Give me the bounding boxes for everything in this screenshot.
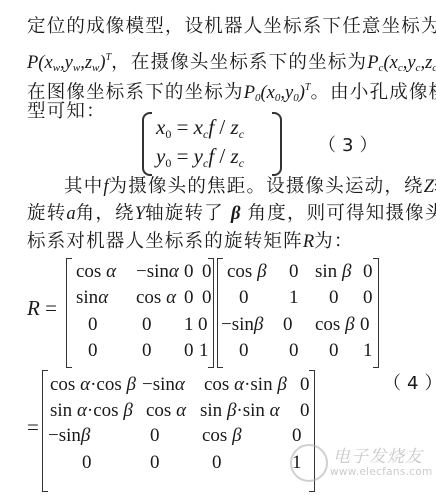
- matrix-cell: 0: [184, 340, 194, 362]
- text-line-2: P(xw,yw,zw)T，在摄像头坐标系下的坐标为Pc(xc,yc,zc)T，: [27, 47, 436, 79]
- watermark-logo-icon: [290, 444, 328, 482]
- matrix-cell: 0: [198, 314, 208, 336]
- right-brace: [272, 112, 282, 176]
- text-line-4: 型可知：: [27, 101, 106, 123]
- equation-3-row-1: x0 = xcf / zc: [156, 115, 244, 142]
- equation-3-number: （3）: [318, 131, 383, 157]
- matrix-cell: −sinα: [136, 261, 179, 283]
- matrix-cell: sinα: [76, 287, 108, 309]
- matrix-cell: 0: [239, 287, 249, 309]
- matrix-cell: cos α: [146, 400, 186, 422]
- text-line-1: 定位的成像模型，设机器人坐标系下任意坐标为: [27, 16, 436, 38]
- matrix-cell: 0: [184, 287, 194, 309]
- matrix-cell: 0: [363, 261, 373, 283]
- matrix-cell: 0: [360, 314, 370, 336]
- matrix-cell: 0: [184, 261, 194, 283]
- text-segment: 旋转: [27, 203, 66, 224]
- math-beta: β: [231, 204, 240, 224]
- watermark-url: www.elecfans.com: [330, 466, 433, 478]
- matrix-cell: 1: [184, 314, 194, 336]
- matrix-cell: 0: [329, 287, 339, 309]
- matrix-cell: cos β: [202, 425, 242, 447]
- equation-4-equals: =: [27, 415, 39, 440]
- matrix-cell: 0: [289, 340, 299, 362]
- matrix-cell: 0: [150, 452, 160, 474]
- matrix-product: cos α·cos β −sinα cos α·sin β 0 sin α·co…: [42, 370, 315, 492]
- left-brace: [142, 112, 152, 176]
- watermark-title: 电子发烧友: [333, 442, 423, 467]
- math-r: R: [303, 232, 314, 252]
- matrix-cell: sin β: [315, 261, 351, 283]
- matrix-cell: 0: [212, 452, 222, 474]
- matrix-cell: 0: [329, 340, 339, 362]
- right-bracket: [373, 258, 379, 368]
- left-bracket: [217, 258, 223, 368]
- text-segment: 其中: [64, 176, 103, 197]
- equation-4-number: （4）: [383, 369, 436, 395]
- right-bracket: [208, 258, 214, 368]
- matrix-cell: cos β: [315, 314, 355, 336]
- equation-4-lhs: R =: [27, 296, 57, 321]
- matrix-cell: −sinβ: [221, 314, 263, 336]
- math-y: Y: [135, 204, 145, 224]
- matrix-cell: 0: [150, 425, 160, 447]
- text-segment: 角，绕: [76, 203, 135, 224]
- matrix-cell: cos α: [76, 261, 116, 283]
- matrix-cell: sin β·sin α: [200, 400, 280, 422]
- equation-3-row-2: y0 = ycf / zc: [156, 144, 244, 171]
- matrix-cell: 0: [142, 340, 152, 362]
- matrix-ry: cos β 0 sin β 0 0 1 0 0 −sinβ 0 cos β 0 …: [217, 258, 379, 368]
- matrix-rz: cos α −sinα 0 0 sinα cos α 0 0 0 0 1 0 0…: [66, 258, 214, 368]
- text-segment: 为摄像头的焦距。设摄像头运动，绕: [109, 176, 424, 197]
- math-z: Z: [424, 177, 434, 197]
- matrix-cell: 0: [289, 261, 299, 283]
- matrix-cell: 0: [82, 452, 92, 474]
- matrix-cell: 0: [142, 314, 152, 336]
- text-line-5: 其中f为摄像头的焦距。设摄像头运动，绕Z轴: [64, 176, 436, 198]
- matrix-cell: cos α·cos β: [50, 374, 136, 396]
- math-p-world: P(xw,yw,zw)T: [27, 53, 111, 73]
- matrix-cell: 0: [363, 287, 373, 309]
- text-segment: 轴旋转了: [145, 203, 224, 224]
- matrix-cell: cos β: [227, 261, 267, 283]
- matrix-cell: 0: [283, 314, 293, 336]
- math-alpha: a: [66, 204, 75, 224]
- watermark: 电子发烧友 www.elecfans.com: [290, 440, 430, 490]
- left-bracket: [66, 258, 72, 368]
- math-p-camera: Pc(xc,yc,zc)T: [367, 53, 436, 73]
- matrix-cell: −sinβ: [48, 425, 90, 447]
- text-line-7: 标系对机器人坐标系的旋转矩阵R为：: [27, 231, 354, 253]
- matrix-cell: 1: [289, 287, 299, 309]
- text-line-6: 旋转a角，绕Y轴旋转了 β 角度，则可得知摄像头坐: [27, 203, 436, 225]
- matrix-cell: cos α: [136, 287, 176, 309]
- matrix-cell: 0: [88, 314, 98, 336]
- matrix-cell: sin α·cos β: [50, 400, 133, 422]
- text-segment: 标系对机器人坐标系的旋转矩阵: [27, 231, 303, 252]
- matrix-cell: −sinα: [142, 374, 185, 396]
- matrix-cell: cos α·sin β: [204, 374, 287, 396]
- matrix-cell: 1: [363, 340, 373, 362]
- text-line-3-start: 在图像坐标系下的坐标为: [27, 82, 244, 103]
- text-segment: 角度，则可得知摄像头坐: [248, 203, 436, 224]
- text-segment: 为：: [314, 231, 353, 252]
- equation-3: x0 = xcf / zc y0 = ycf / zc: [142, 112, 282, 174]
- text-line-2-mid: ，在摄像头坐标系下的坐标为: [111, 52, 367, 73]
- math-p-image: P0(x0,y0)T: [244, 83, 311, 103]
- matrix-cell: 0: [239, 340, 249, 362]
- matrix-cell: 0: [88, 340, 98, 362]
- text-line-3-end: 。由小孔成像模: [310, 82, 436, 103]
